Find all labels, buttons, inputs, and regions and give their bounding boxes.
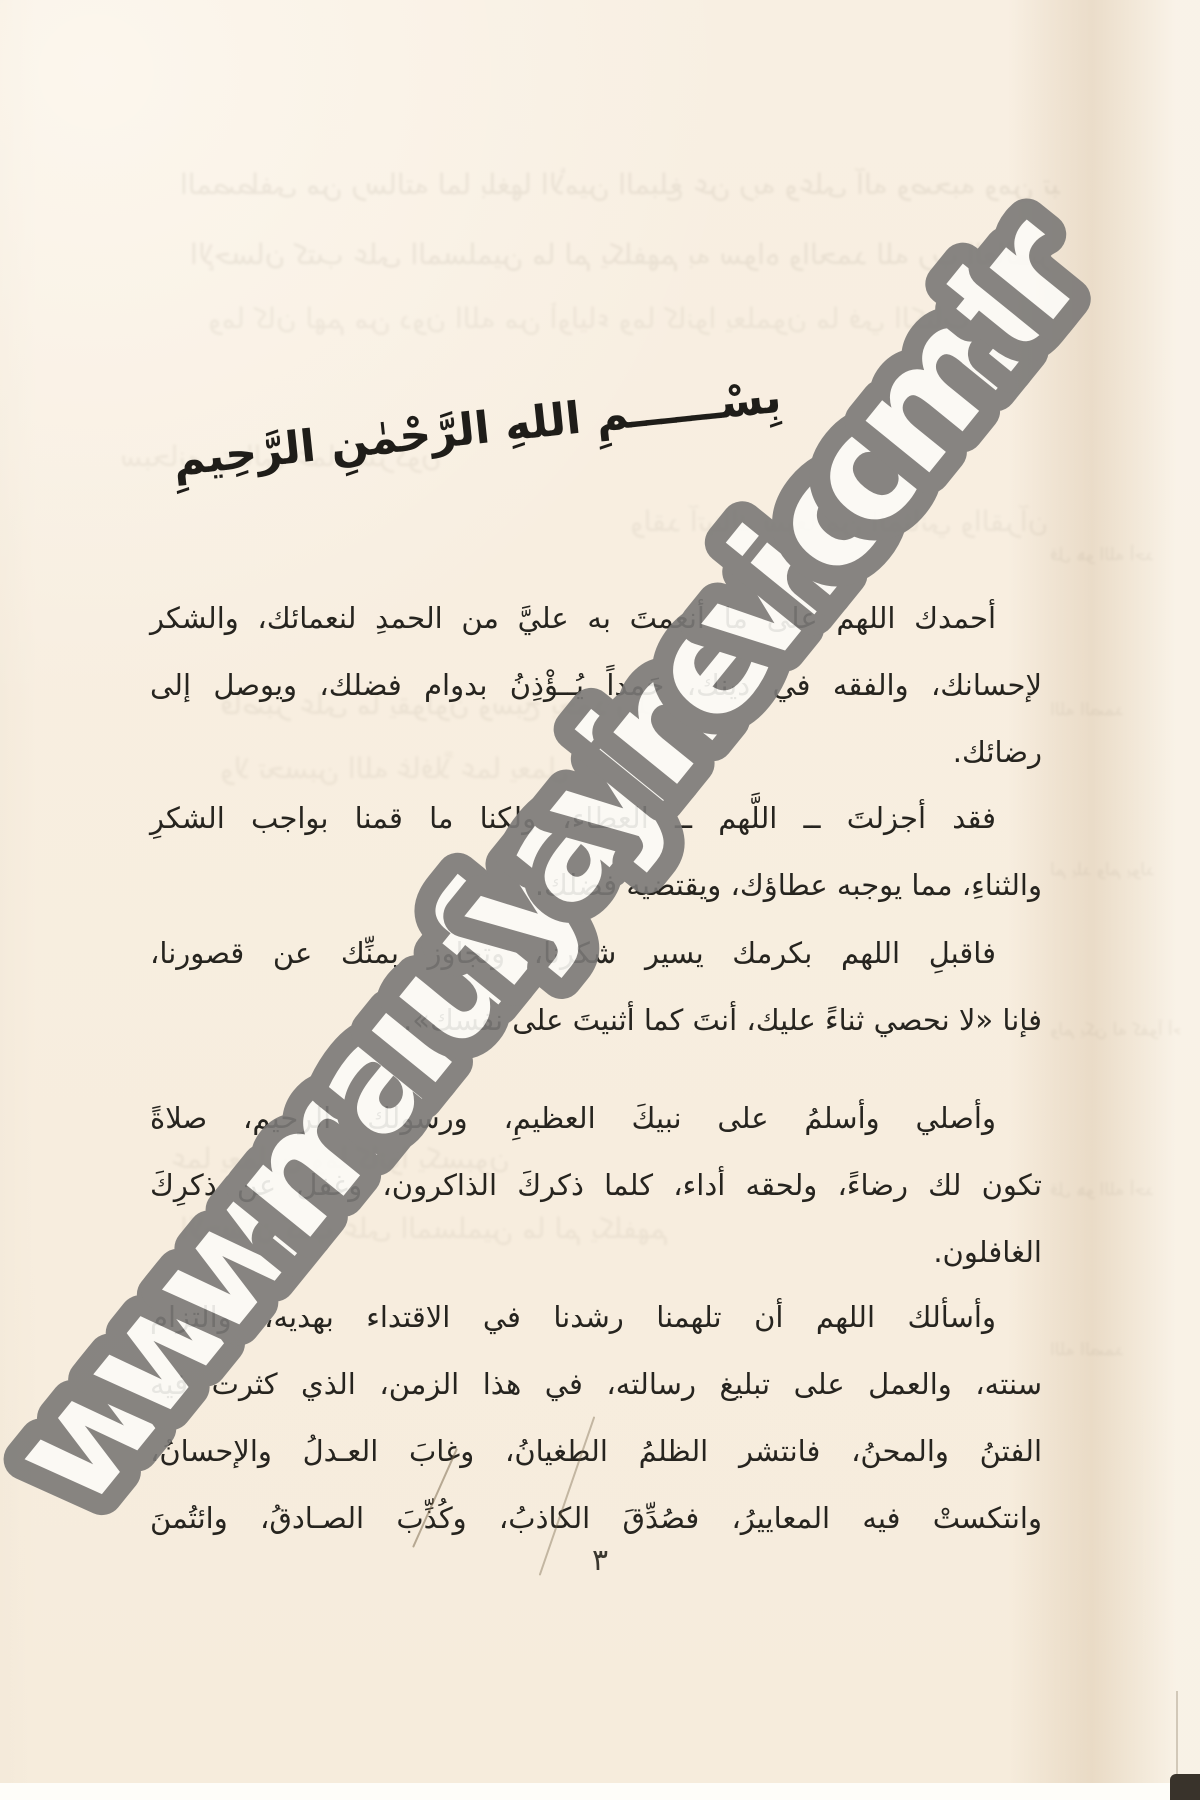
paragraph: أحمدك اللهم على ما أنعمتَ به عليَّ من ال…: [150, 585, 1042, 786]
text-line: وأصلي وأسلمُ على نبيكَ العظيمِ، ورسولك ا…: [150, 1085, 1042, 1152]
text-line: فإنا «لا نحصي ثناءً عليك، أنتَ كما أثنيت…: [150, 987, 1042, 1054]
paragraph: وأصلي وأسلمُ على نبيكَ العظيمِ، ورسولك ا…: [150, 1085, 1042, 1286]
scan-corner-shadow: [1170, 1774, 1200, 1800]
paragraph: فاقبلِ اللهم بكرمك يسير شكرنا، وتجاوز بم…: [150, 920, 1042, 1054]
bleed-through-line: المصطفى من رسالته لما بلغها الأمين المبل…: [180, 168, 1060, 201]
text-line: والثناءِ، مما يوجبه عطاؤك، ويقتضيه فضلك.: [150, 852, 1042, 919]
bleed-through-line: الله الصمد: [1050, 700, 1180, 720]
text-line: وانتكستْ فيه المعاييرُ، فصُدِّقَ الكاذبُ…: [150, 1485, 1042, 1552]
page-edge-line: [1176, 1691, 1178, 1783]
text-line: تكون لك رضاءً، ولحقه أداء، كلما ذكركَ ال…: [150, 1152, 1042, 1219]
text-line: فقد أجزلتَ ــ اللَّهم ــ العطاء، ولكنا م…: [150, 785, 1042, 852]
text-line: رضائك.: [150, 719, 1042, 786]
bleed-through-line: ولقد آتيناك سبعاً من المثاني والقرآن: [630, 505, 1050, 538]
basmala-calligraphy: بِسْــــــمِ اللهِ الرَّحْمٰنِ الرَّحِيم…: [370, 372, 783, 466]
page-number: ٣: [0, 1543, 1200, 1578]
bleed-through-line: قل هو الله أحد: [1050, 1180, 1180, 1200]
text-line: فاقبلِ اللهم بكرمك يسير شكرنا، وتجاوز بم…: [150, 920, 1042, 987]
bleed-through-line: الله الصمد: [1050, 1340, 1180, 1360]
bleed-through-line: ولم يكن له كفواً أحد: [1050, 1020, 1180, 1040]
scanned-book-page: المصطفى من رسالته لما بلغها الأمين المبل…: [0, 0, 1200, 1800]
bleed-through-line: الإحسان كتب على المسلمين ما لم يكلفهم به…: [190, 238, 1050, 271]
text-line: سنته، والعمل على تبليغ رسالته، في هذا ال…: [150, 1351, 1042, 1418]
bleed-through-line: قل هو الله أحد: [1050, 545, 1180, 565]
text-line: الفتنُ والمحنُ، فانتشر الظلمُ الطغيانُ، …: [150, 1418, 1042, 1485]
text-line: وأسألك اللهم أن تلهمنا رشدنا في الاقتداء…: [150, 1284, 1042, 1351]
scan-edge-strip: [0, 1783, 1200, 1800]
bleed-through-line: وما كان لهم من دون الله من أولياء وما كا…: [208, 302, 1028, 335]
paragraph: فقد أجزلتَ ــ اللَّهم ــ العطاء، ولكنا م…: [150, 785, 1042, 919]
bleed-through-line: لم يلد ولم يولد: [1050, 860, 1180, 880]
text-line: لإحسانك، والفقه في دينك، حَمداً يُــؤْذِ…: [150, 652, 1042, 719]
text-line: الغافلون.: [150, 1219, 1042, 1286]
paragraph: وأسألك اللهم أن تلهمنا رشدنا في الاقتداء…: [150, 1284, 1042, 1552]
text-line: أحمدك اللهم على ما أنعمتَ به عليَّ من ال…: [150, 585, 1042, 652]
